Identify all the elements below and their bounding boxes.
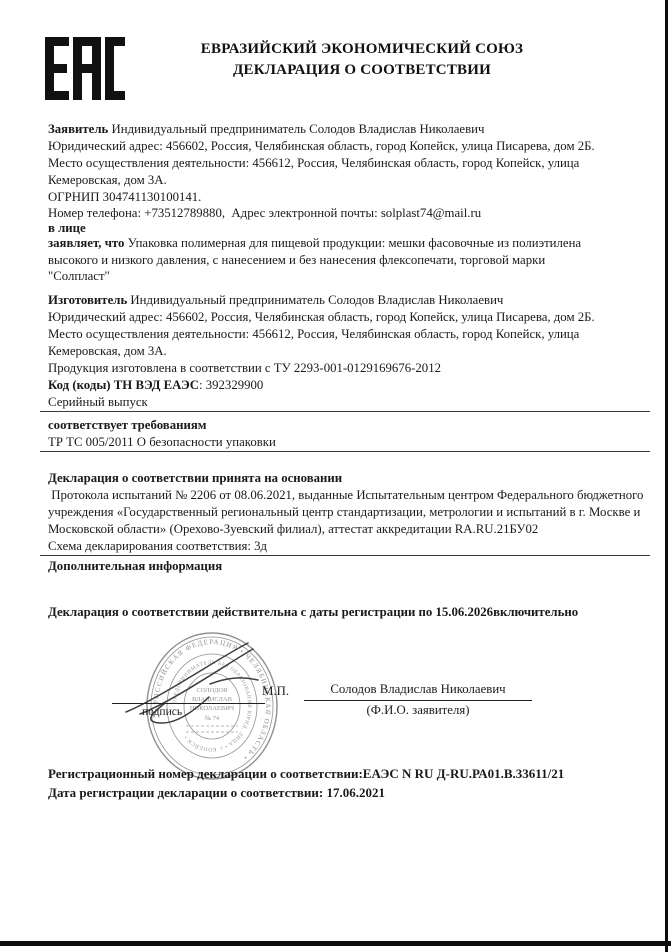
divider [40, 555, 650, 556]
manufacturer-name: Индивидуальный предприниматель Солодов В… [127, 293, 503, 307]
regulation-text: ТР ТС 005/2011 О безопасности упаковки [48, 434, 648, 451]
applicant-activity-address-1: Место осуществления деятельности: 456612… [48, 155, 648, 172]
tn-ved-value: : 392329900 [199, 378, 263, 392]
basis-line-2: учреждения «Государственный региональный… [48, 504, 648, 521]
validity-text: Декларация о соответствии действительна … [48, 604, 648, 621]
manufacturer-line: Изготовитель Индивидуальный предпринимат… [48, 292, 648, 309]
requirements-label: соответствует требованиям [48, 417, 648, 434]
signature-caption: подпись [142, 706, 182, 718]
fio-name: Солодов Владислав Николаевич [304, 682, 532, 697]
divider [40, 451, 650, 452]
signature-line [112, 703, 265, 704]
declares-label: заявляет, что [48, 236, 124, 250]
product-line-2: высокого и низкого давления, с нанесение… [48, 252, 648, 269]
product-line-1: заявляет, что Упаковка полимерная для пи… [48, 235, 648, 252]
serial-issue: Серийный выпуск [48, 394, 648, 411]
manufacturer-legal-address: Юридический адрес: 456602, Россия, Челяб… [48, 309, 648, 326]
manufacturer-label: Изготовитель [48, 293, 127, 307]
basis-line-1: Протокола испытаний № 2206 от 08.06.2021… [48, 487, 648, 504]
page-title: ЕВРАЗИЙСКИЙ ЭКОНОМИЧЕСКИЙ СОЮЗ ДЕКЛАРАЦИ… [160, 39, 564, 81]
tn-ved-label: Код (коды) ТН ВЭД ЕАЭС [48, 378, 199, 392]
page-edge-right [665, 0, 668, 952]
signature [112, 636, 292, 728]
eac-logo [45, 37, 125, 100]
basis-line-3: Московской области» (Орехово-Зуевский фи… [48, 521, 648, 538]
product-line-3: "Солпласт" [48, 268, 648, 285]
registration-number: Регистрационный номер декларации о соотв… [48, 765, 658, 783]
applicant-activity-address-2: Кемеровская, дом 3А. [48, 172, 648, 189]
manufacturer-tu: Продукция изготовлена в соответствии с Т… [48, 360, 648, 377]
mp-label: М.П. [262, 684, 289, 699]
declaration-scheme: Схема декларирования соответствия: 3д [48, 538, 648, 555]
fio-caption: (Ф.И.О. заявителя) [304, 703, 532, 718]
basis-label: Декларация о соответствии принята на осн… [48, 470, 648, 487]
applicant-line: Заявитель Индивидуальный предприниматель… [48, 121, 648, 138]
tn-ved-code-line: Код (коды) ТН ВЭД ЕАЭС: 392329900 [48, 377, 648, 394]
title-line-2: ДЕКЛАРАЦИЯ О СООТВЕТСТВИИ [160, 60, 564, 81]
registration-date: Дата регистрации декларации о соответств… [48, 784, 658, 802]
additional-info-label: Дополнительная информация [48, 558, 648, 575]
title-line-1: ЕВРАЗИЙСКИЙ ЭКОНОМИЧЕСКИЙ СОЮЗ [160, 39, 564, 60]
applicant-legal-address: Юридический адрес: 456602, Россия, Челяб… [48, 138, 648, 155]
applicant-ogrnip: ОГРНИП 304741130100141. [48, 189, 648, 206]
eac-mark-icon [45, 37, 125, 100]
product-text-1: Упаковка полимерная для пищевой продукци… [124, 236, 581, 250]
manufacturer-activity-address-1: Место осуществления деятельности: 456612… [48, 326, 648, 343]
divider [40, 411, 650, 412]
applicant-label: Заявитель [48, 122, 108, 136]
manufacturer-activity-address-2: Кемеровская, дом 3А. [48, 343, 648, 360]
page-edge-bottom [0, 941, 671, 946]
signature-icon [112, 636, 292, 728]
applicant-name: Индивидуальный предприниматель Солодов В… [108, 122, 484, 136]
fio-line [304, 700, 532, 701]
